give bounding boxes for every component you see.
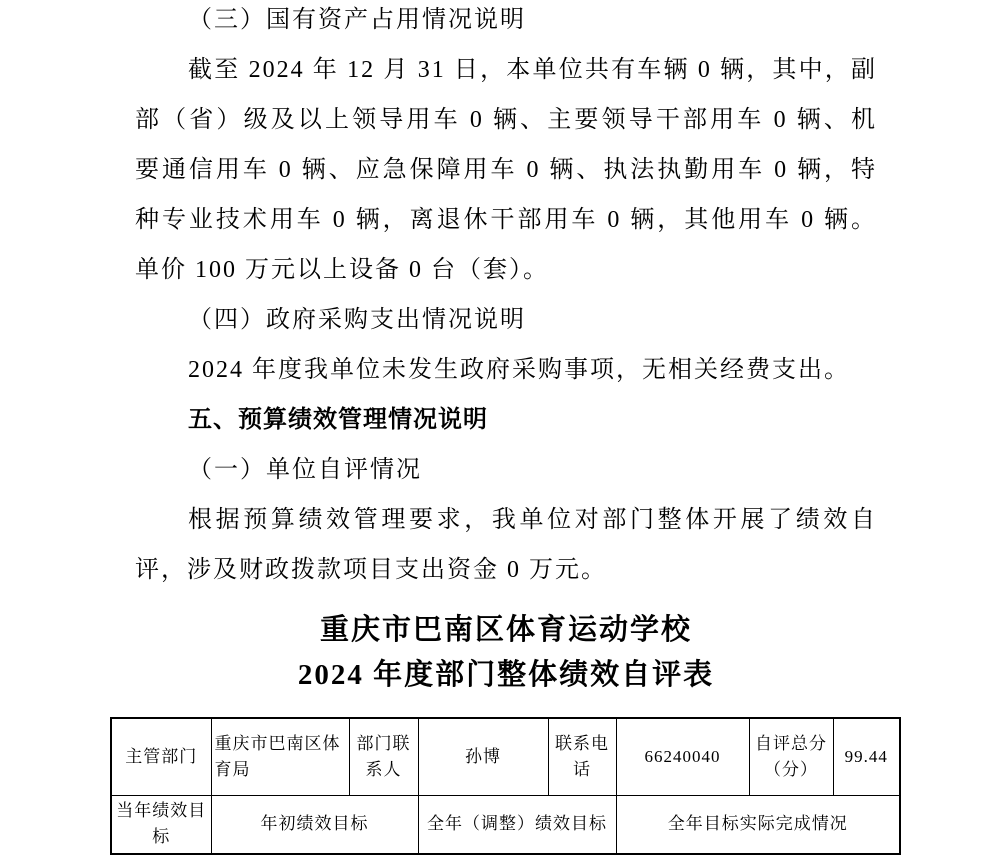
section-heading-self-evaluation: （一）单位自评情况 <box>135 445 877 495</box>
self-score-value: 99.44 <box>833 718 900 795</box>
body-line: 2024 年度我单位未发生政府采购事项，无相关经费支出。 <box>135 345 877 395</box>
table-row: 主管部门 重庆市巴南区体育局 部门联系人 孙博 联系电话 66240040 自评… <box>111 718 900 795</box>
section-heading-state-assets: （三）国有资产占用情况说明 <box>135 0 877 45</box>
document-page: （三）国有资产占用情况说明 截至 2024 年 12 月 31 日，本单位共有车… <box>0 0 1000 858</box>
table-row: 当年绩效目标 年初绩效目标 全年（调整）绩效目标 全年目标实际完成情况 <box>111 795 900 854</box>
year-start-goal-header: 年初绩效目标 <box>211 795 418 854</box>
supervisor-dept-label: 主管部门 <box>111 718 211 795</box>
contact-phone-label: 联系电话 <box>548 718 616 795</box>
body-line: 部（省）级及以上领导用车 0 辆、主要领导干部用车 0 辆、机 <box>135 95 877 145</box>
actual-completion-header: 全年目标实际完成情况 <box>616 795 900 854</box>
body-line: 根据预算绩效管理要求，我单位对部门整体开展了绩效自 <box>135 495 877 545</box>
body-line: 评，涉及财政拨款项目支出资金 0 万元。 <box>135 545 877 595</box>
body-line: 种专业技术用车 0 辆，离退休干部用车 0 辆，其他用车 0 辆。 <box>135 195 877 245</box>
table-subtitle: 2024 年度部门整体绩效自评表 <box>135 653 877 698</box>
performance-self-evaluation-table: 主管部门 重庆市巴南区体育局 部门联系人 孙博 联系电话 66240040 自评… <box>110 717 901 855</box>
table-title: 重庆市巴南区体育运动学校 <box>135 608 877 653</box>
self-score-label: 自评总分（分） <box>749 718 833 795</box>
adjusted-goal-header: 全年（调整）绩效目标 <box>418 795 616 854</box>
supervisor-dept-value: 重庆市巴南区体育局 <box>211 718 349 795</box>
body-line: 单价 100 万元以上设备 0 台（套）。 <box>135 245 877 295</box>
body-line: 截至 2024 年 12 月 31 日，本单位共有车辆 0 辆，其中，副 <box>135 45 877 95</box>
contact-person-label: 部门联系人 <box>349 718 418 795</box>
document-body: （三）国有资产占用情况说明 截至 2024 年 12 月 31 日，本单位共有车… <box>135 0 877 595</box>
contact-phone-value: 66240040 <box>616 718 749 795</box>
section-heading-procurement: （四）政府采购支出情况说明 <box>135 295 877 345</box>
section-heading-performance: 五、预算绩效管理情况说明 <box>135 395 877 445</box>
table-title-block: 重庆市巴南区体育运动学校 2024 年度部门整体绩效自评表 <box>135 608 877 698</box>
contact-person-value: 孙博 <box>418 718 548 795</box>
annual-goal-label: 当年绩效目标 <box>111 795 211 854</box>
body-line: 要通信用车 0 辆、应急保障用车 0 辆、执法执勤用车 0 辆，特 <box>135 145 877 195</box>
